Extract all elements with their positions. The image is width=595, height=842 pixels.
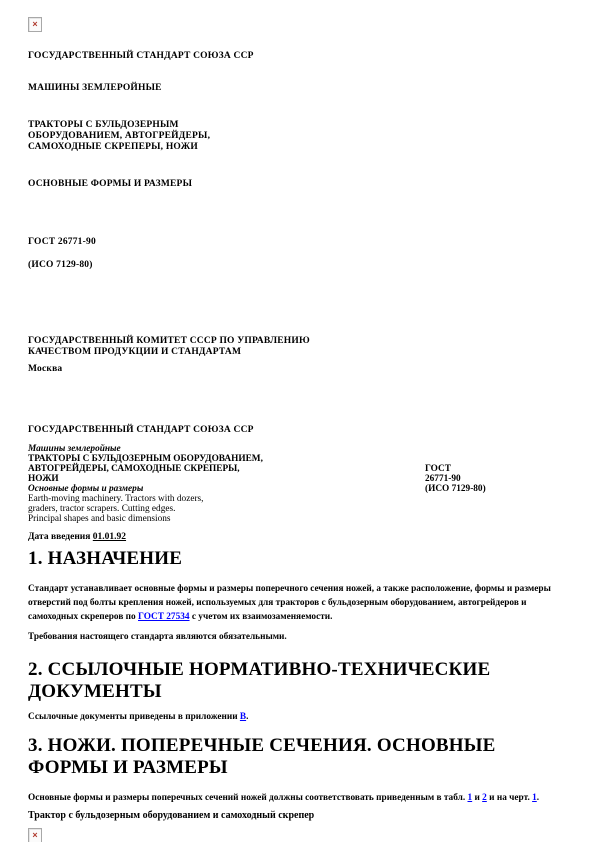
masthead-title: ТРАКТОРЫ С БУЛЬДОЗЕРНЫМ ОБОРУДОВАНИЕМ, А… bbox=[28, 120, 568, 152]
paragraph-text: и bbox=[474, 793, 479, 803]
title-ru-line: ТРАКТОРЫ С БУЛЬДОЗЕРНЫМ ОБОРУДОВАНИЕМ, bbox=[28, 454, 425, 464]
designation-line: (ИСО 7129-80) bbox=[425, 484, 486, 494]
title-en-line: Earth-moving machinery. Tractors with do… bbox=[28, 494, 425, 504]
title-ru-line: НОЖИ bbox=[28, 474, 425, 484]
paragraph-text: . bbox=[246, 712, 248, 722]
paragraph-text: . bbox=[537, 793, 539, 803]
red-x-icon: × bbox=[32, 20, 37, 29]
table-1-link[interactable]: 1 bbox=[468, 793, 473, 803]
section-1-paragraph-1: Стандарт устанавливает основные формы и … bbox=[28, 582, 568, 624]
title-en-line: Principal shapes and basic dimensions bbox=[28, 514, 425, 524]
broken-image-icon: × bbox=[28, 17, 42, 32]
broken-image-icon: × bbox=[28, 828, 42, 842]
red-x-icon: × bbox=[32, 831, 37, 840]
designation-line: ГОСТ bbox=[425, 464, 486, 474]
committee-line-1: ГОСУДАРСТВЕННЫЙ КОМИТЕТ СССР ПО УПРАВЛЕН… bbox=[28, 336, 568, 347]
subtitle-ru-italic: Основные формы и размеры bbox=[28, 484, 425, 494]
masthead-title-line: САМОХОДНЫЕ СКРЕПЕРЫ, НОЖИ bbox=[28, 142, 568, 153]
document-page: × ГОСУДАРСТВЕННЫЙ СТАНДАРТ СОЮЗА ССР МАШ… bbox=[0, 0, 595, 842]
committee-line-2: КАЧЕСТВОМ ПРОДУКЦИИ И СТАНДАРТАМ bbox=[28, 347, 568, 358]
section-1-heading: 1. НАЗНАЧЕНИЕ bbox=[28, 548, 568, 570]
paragraph-text: Ссылочные документы приведены в приложен… bbox=[28, 712, 238, 722]
section-1-paragraph-2: Требования настоящего стандарта являются… bbox=[28, 630, 568, 644]
iso-number: (ИСО 7129-80) bbox=[28, 260, 568, 271]
title-ru-line: АВТОГРЕЙДЕРЫ, САМОХОДНЫЕ СКРЕПЕРЫ, bbox=[28, 464, 425, 474]
masthead-title-line: ОБОРУДОВАНИЕМ, АВТОГРЕЙДЕРЫ, bbox=[28, 131, 568, 142]
paragraph-text: с учетом их взаимозаменяемости. bbox=[192, 612, 333, 622]
title-en-line: graders, tractor scrapers. Cutting edges… bbox=[28, 504, 425, 514]
title-block-org-line: ГОСУДАРСТВЕННЫЙ СТАНДАРТ СОЮЗА ССР bbox=[28, 425, 568, 436]
paragraph-text: и на черт. bbox=[489, 793, 530, 803]
designation-block: ГОСТ 26771-90 (ИСО 7129-80) bbox=[425, 444, 486, 524]
title-block-left: Машины землеройные ТРАКТОРЫ С БУЛЬДОЗЕРН… bbox=[28, 444, 425, 524]
gost-number: ГОСТ 26771-90 bbox=[28, 237, 568, 248]
masthead-subtitle: ОСНОВНЫЕ ФОРМЫ И РАЗМЕРЫ bbox=[28, 179, 568, 190]
section-2-heading: 2. ССЫЛОЧНЫЕ НОРМАТИВНО-ТЕХНИЧЕСКИЕ ДОКУ… bbox=[28, 659, 568, 703]
gost-27534-link[interactable]: ГОСТ 27534 bbox=[138, 612, 190, 622]
designation-line: 26771-90 bbox=[425, 474, 486, 484]
city-label: Москва bbox=[28, 364, 568, 375]
committee-line: ГОСУДАРСТВЕННЫЙ КОМИТЕТ СССР ПО УПРАВЛЕН… bbox=[28, 336, 568, 358]
masthead-org-line: ГОСУДАРСТВЕННЫЙ СТАНДАРТ СОЮЗА ССР bbox=[28, 51, 568, 62]
section-3-paragraph-1: Основные формы и размеры поперечных сече… bbox=[28, 791, 568, 805]
intro-date-value: 01.01.92 bbox=[93, 532, 126, 542]
intro-date-label: Дата введения bbox=[28, 532, 90, 542]
subject-ru-italic: Машины землеройные bbox=[28, 444, 425, 454]
section-3-heading: 3. НОЖИ. ПОПЕРЕЧНЫЕ СЕЧЕНИЯ. ОСНОВНЫЕ ФО… bbox=[28, 735, 568, 779]
table-2-link[interactable]: 2 bbox=[482, 793, 487, 803]
title-block: Машины землеройные ТРАКТОРЫ С БУЛЬДОЗЕРН… bbox=[28, 444, 568, 524]
masthead-title-line: ТРАКТОРЫ С БУЛЬДОЗЕРНЫМ bbox=[28, 120, 568, 131]
paragraph-text: Основные формы и размеры поперечных сече… bbox=[28, 793, 465, 803]
figure-caption: Трактор с бульдозерным оборудованием и с… bbox=[28, 810, 568, 822]
intro-date-line: Дата введения 01.01.92 bbox=[28, 532, 568, 542]
section-2-paragraph-1: Ссылочные документы приведены в приложен… bbox=[28, 710, 568, 724]
masthead-subject: МАШИНЫ ЗЕМЛЕРОЙНЫЕ bbox=[28, 83, 568, 94]
